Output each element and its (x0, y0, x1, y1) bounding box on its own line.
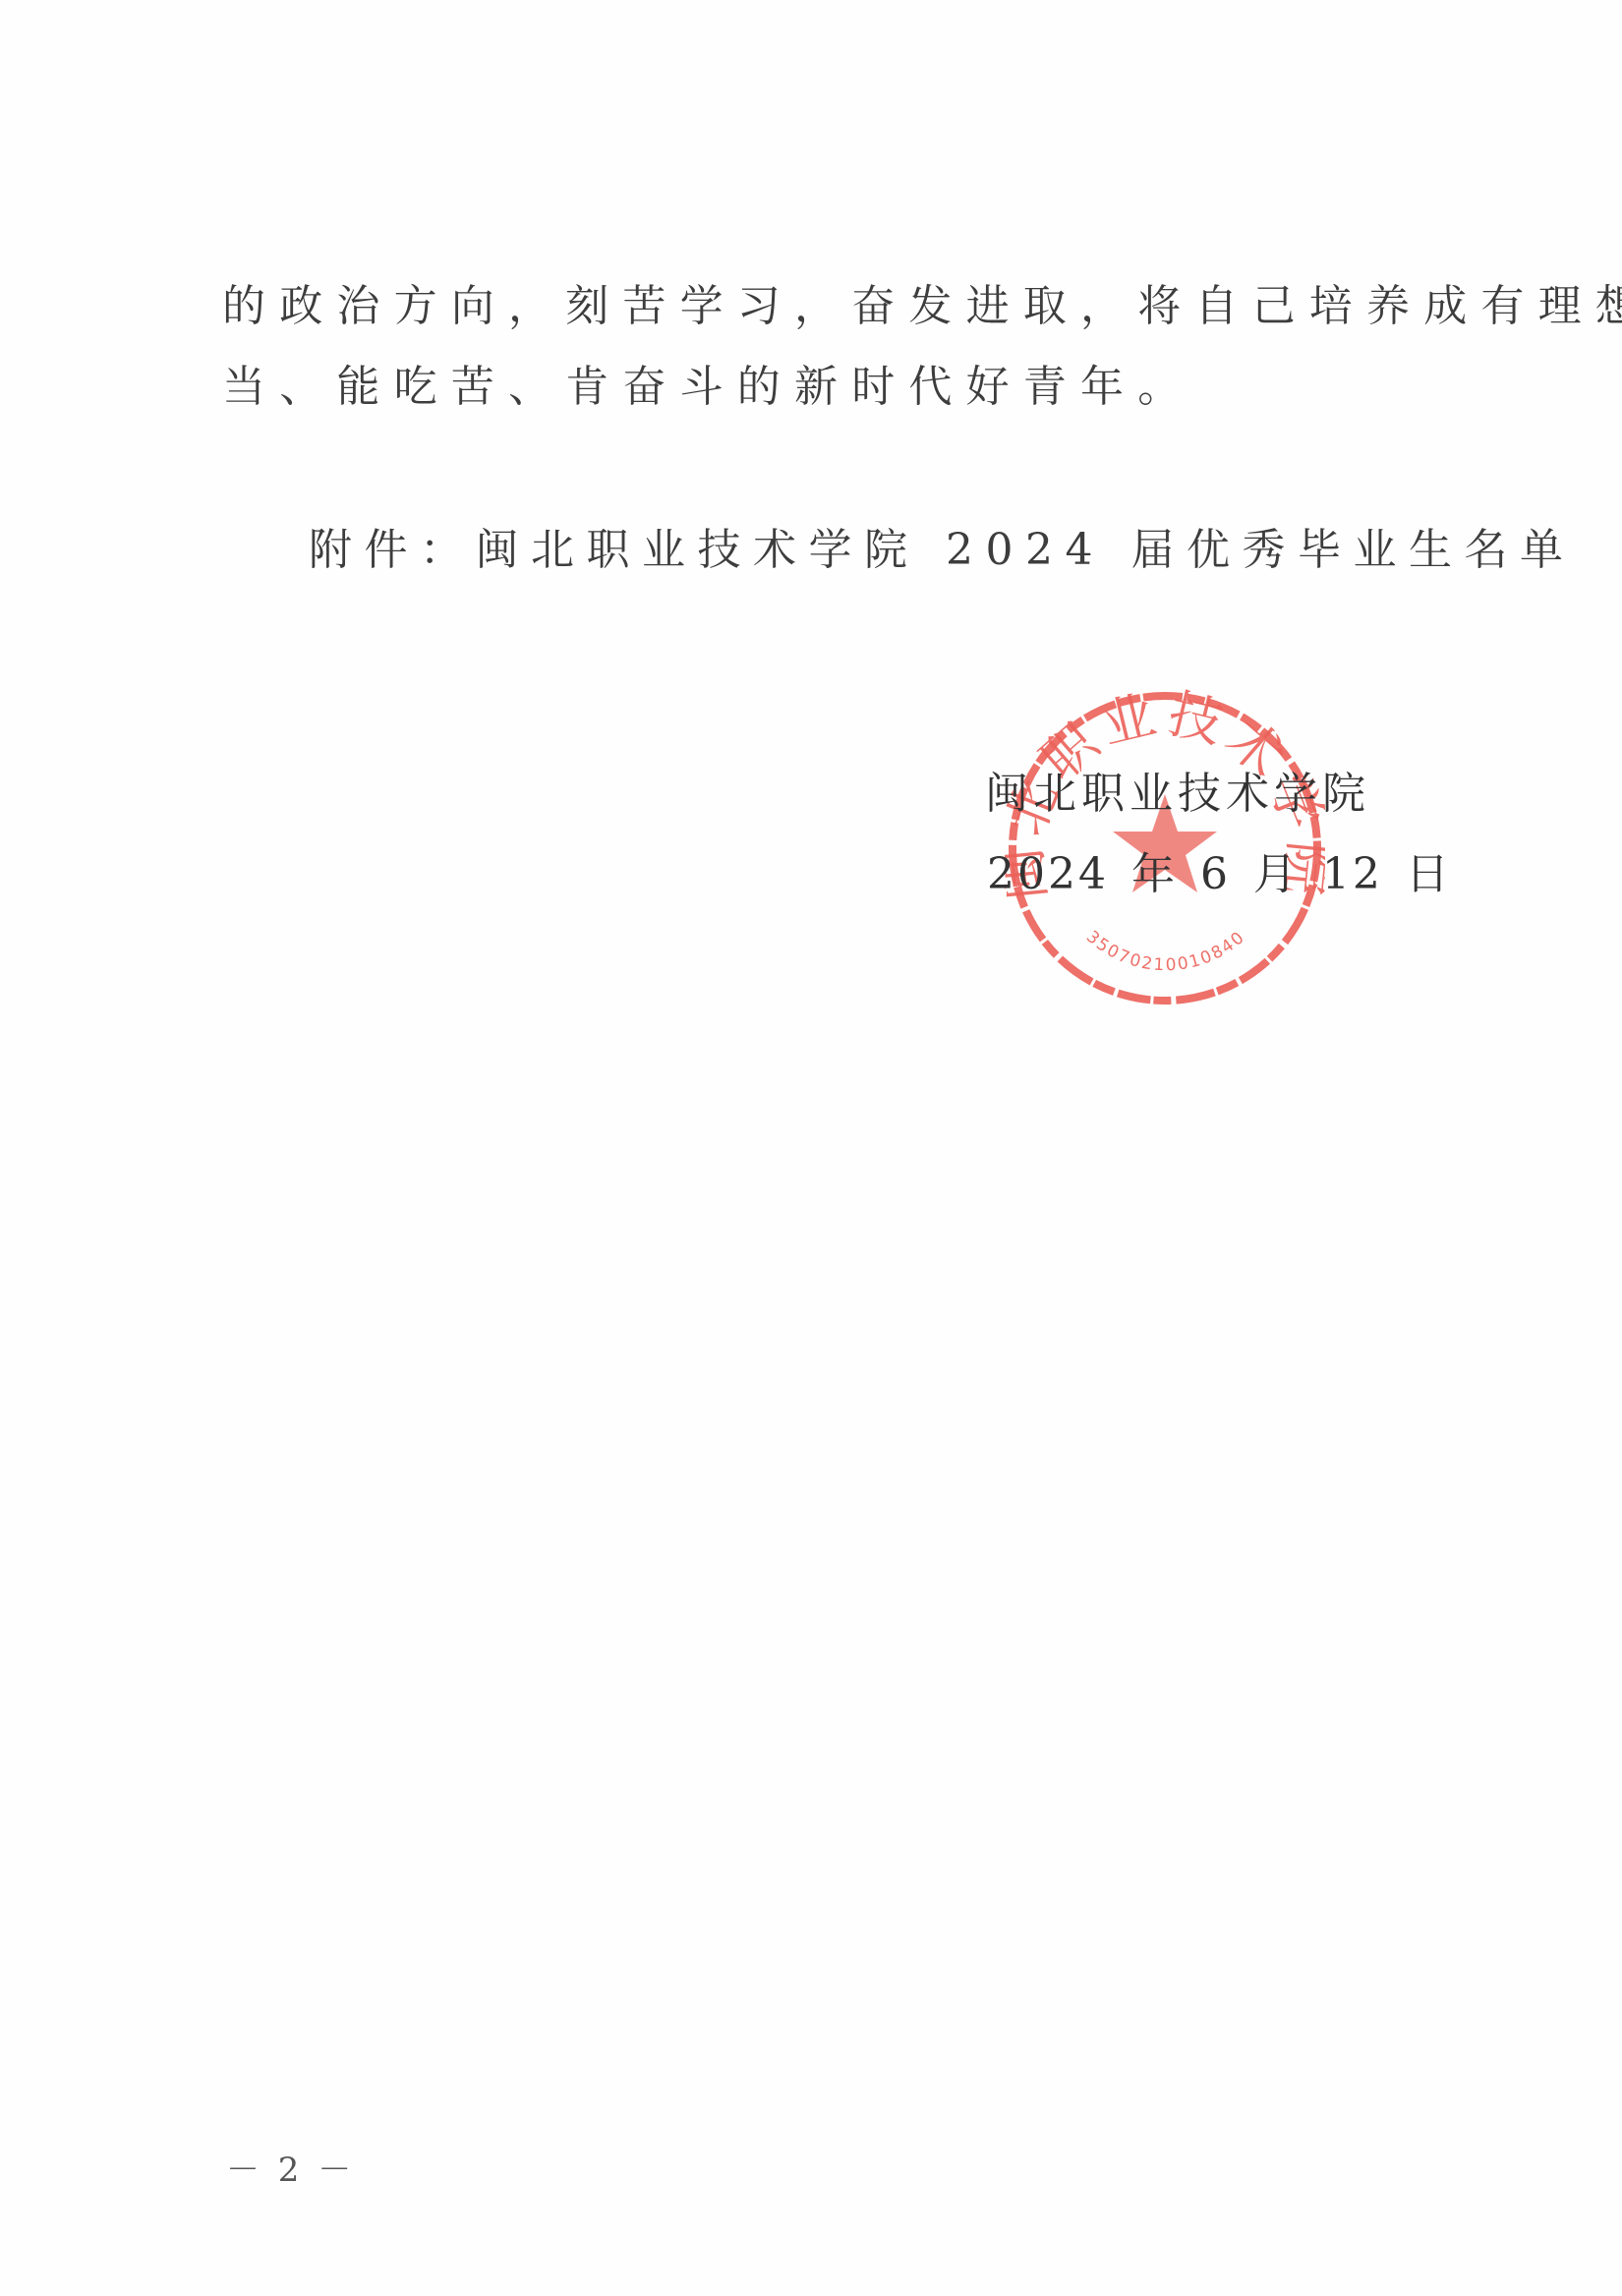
body-text-line-1: 的政治方向，刻苦学习，奋发进取，将自己培养成有理想、敢担 (222, 277, 1622, 336)
seal-code: 35070210010840 (1082, 927, 1249, 975)
signature-organization: 闽北职业技术学院 (985, 767, 1370, 822)
attachment-reference: 附件：闽北职业技术学院 2024 届优秀毕业生名单 (309, 521, 1575, 580)
body-text-line-2: 当、能吃苦、肯奋斗的新时代好青年。 (222, 358, 1194, 417)
page-number: － 2 － (226, 2143, 355, 2191)
signature-date: 2024 年 6 月 12 日 (987, 847, 1452, 902)
document-page: 的政治方向，刻苦学习，奋发进取，将自己培养成有理想、敢担 当、能吃苦、肯奋斗的新… (0, 0, 1622, 2296)
